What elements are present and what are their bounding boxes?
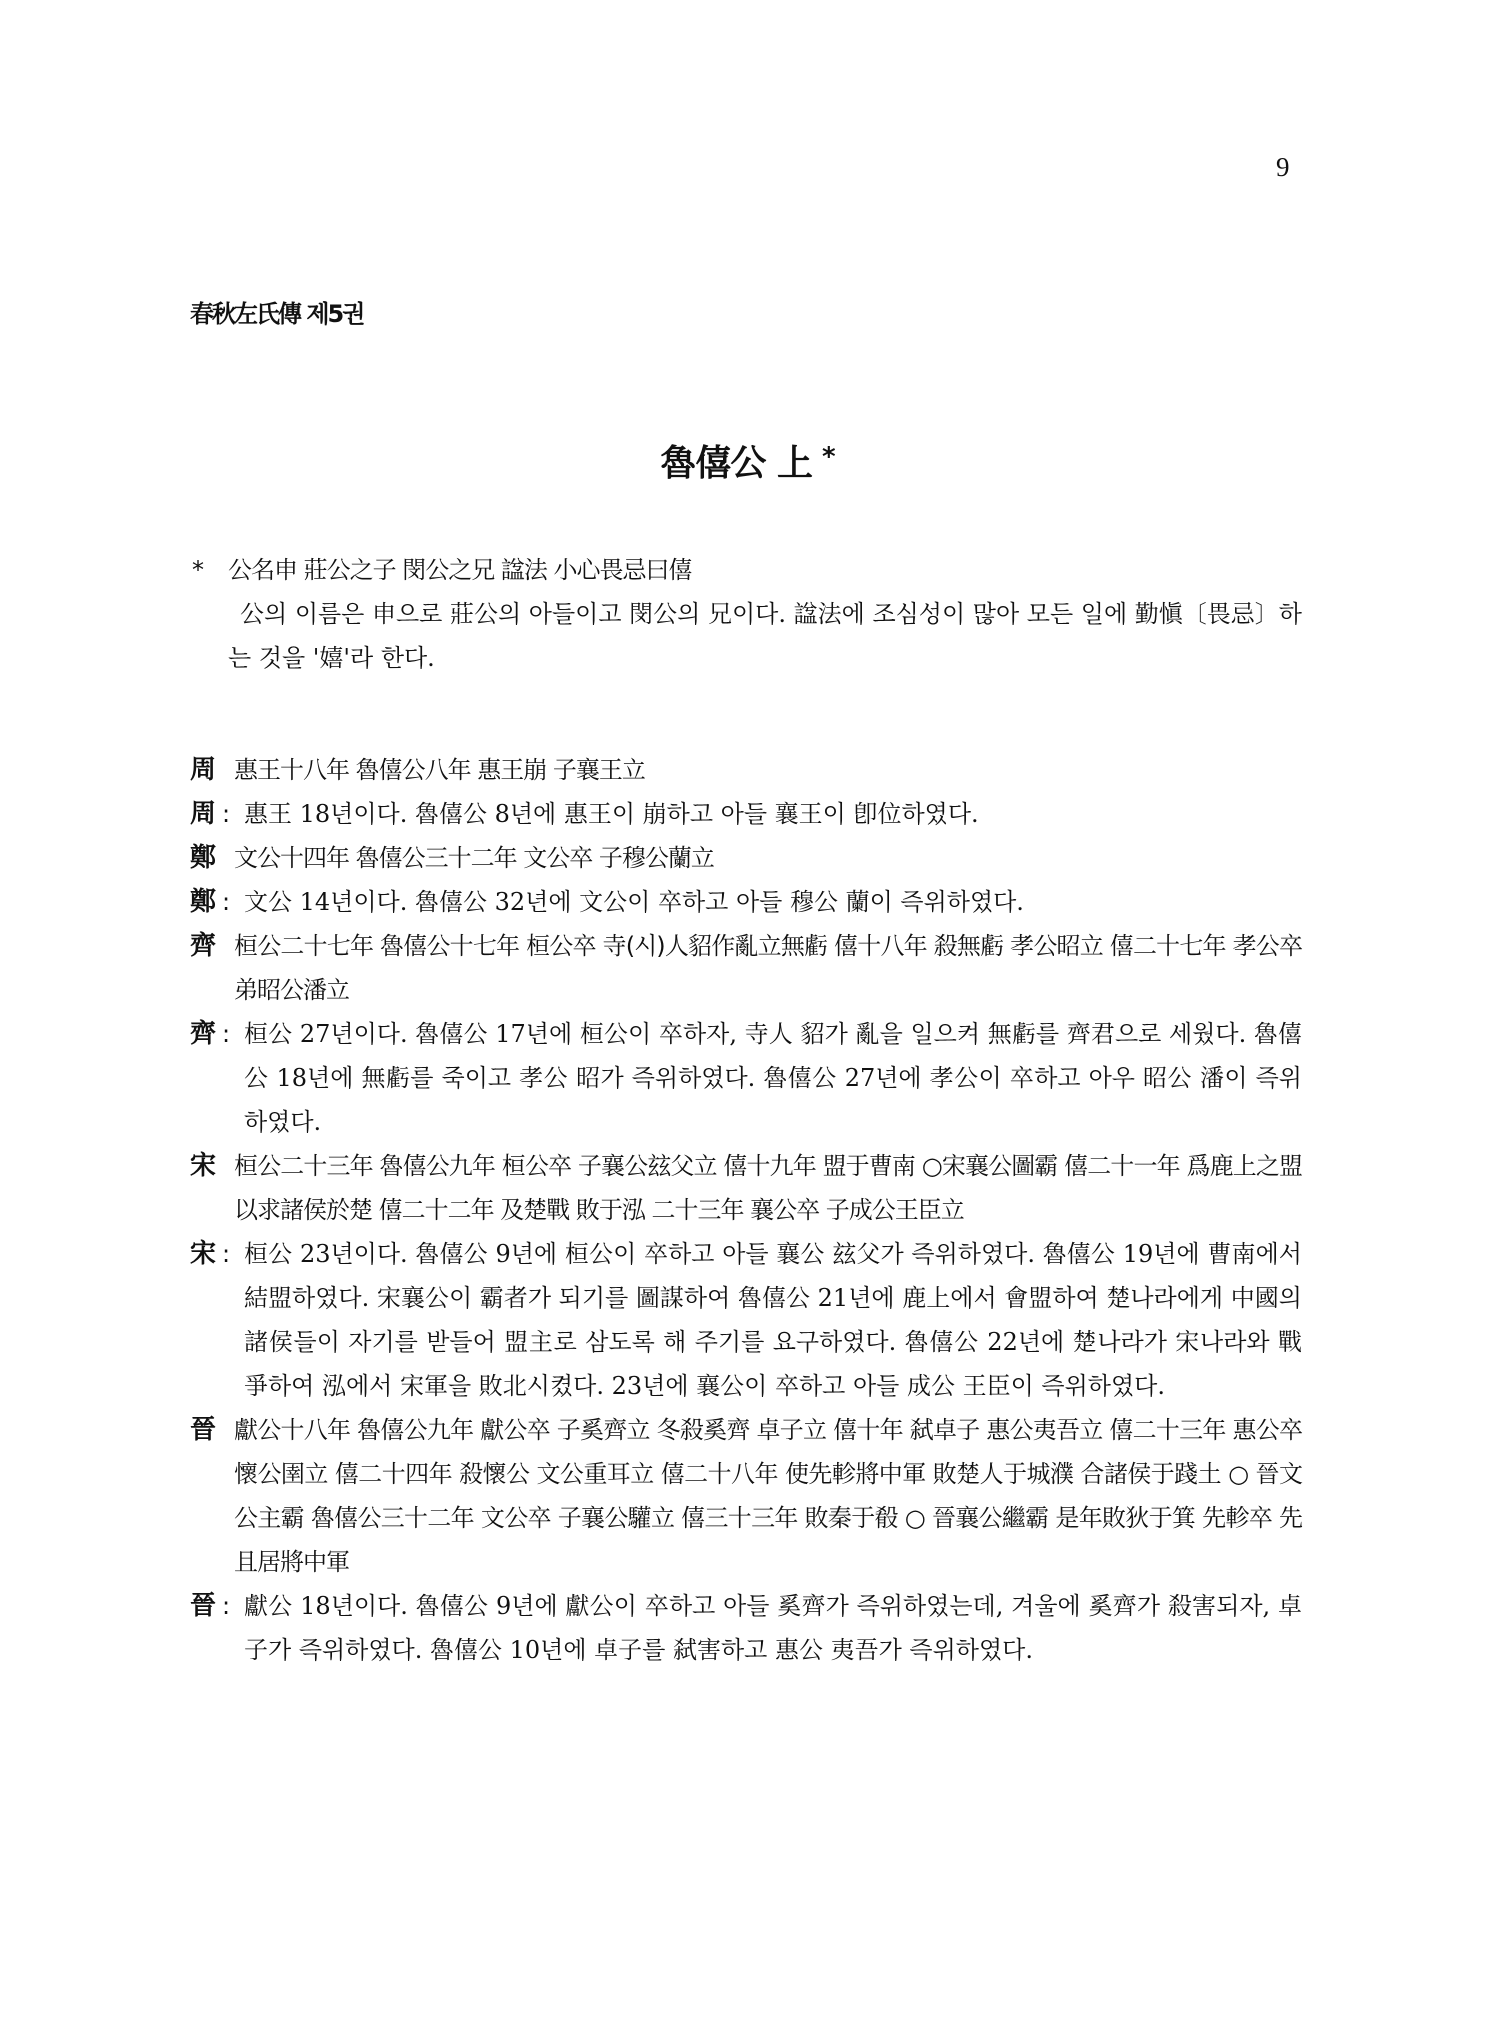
entry-source-text: 獻公十八年 魯僖公九年 獻公卒 子奚齊立 冬殺奚齊 卓子立 僖十年 弑卓子 惠公… [234,1408,1302,1584]
state-label: 齊 [190,1012,222,1144]
entry-translation: 晉 : 獻公 18년이다. 魯僖公 9년에 獻公이 卒하고 아들 奚齊가 즉위하… [190,1584,1302,1672]
entry-zhou: 周 惠王十八年 魯僖公八年 惠王崩 子襄王立 周 : 惠王 18년이다. 魯僖公… [190,748,1302,836]
entry-translation: 鄭 : 文公 14년이다. 魯僖公 32년에 文公이 卒하고 아들 穆公 蘭이 … [190,880,1302,924]
entry-song: 宋 桓公二十三年 魯僖公九年 桓公卒 子襄公玆父立 僖十九年 盟于曹南 ○宋襄公… [190,1144,1302,1408]
state-label: 齊 [190,924,234,1012]
chapter-title: 魯僖公 上* [0,435,1495,486]
footnote-marker: * [822,442,835,472]
state-label: 晉 [190,1408,234,1584]
separator: : [222,1584,244,1672]
entry-source: 鄭 文公十四年 魯僖公三十二年 文公卒 子穆公蘭立 [190,836,1302,880]
chapter-title-text: 魯僖公 上 [660,443,812,484]
separator: : [222,1012,244,1144]
state-label: 周 [190,792,222,836]
entry-zheng: 鄭 文公十四年 魯僖公三十二年 文公卒 子穆公蘭立 鄭 : 文公 14년이다. … [190,836,1302,924]
entry-translation-text: 獻公 18년이다. 魯僖公 9년에 獻公이 卒하고 아들 奚齊가 즉위하였는데,… [244,1584,1302,1672]
state-entries: 周 惠王十八年 魯僖公八年 惠王崩 子襄王立 周 : 惠王 18년이다. 魯僖公… [190,748,1302,1672]
running-header: 春秋左氏傳 제5권 [190,294,363,329]
entry-translation: 齊 : 桓公 27년이다. 魯僖公 17년에 桓公이 卒하자, 寺人 貂가 亂을… [190,1012,1302,1144]
entry-source: 晉 獻公十八年 魯僖公九年 獻公卒 子奚齊立 冬殺奚齊 卓子立 僖十年 弑卓子 … [190,1408,1302,1584]
note-marker: * [192,548,228,592]
entry-source-text: 文公十四年 魯僖公三十二年 文公卒 子穆公蘭立 [234,836,1302,880]
separator: : [222,1232,244,1408]
note-source: 公名申 莊公之子 閔公之兄 諡法 小心畏忌曰僖 [228,556,692,584]
page-number: 9 [1276,152,1290,183]
title-note: *公名申 莊公之子 閔公之兄 諡法 小心畏忌曰僖 公의 이름은 申으로 莊公의 … [192,548,1302,680]
entry-source: 周 惠王十八年 魯僖公八年 惠王崩 子襄王立 [190,748,1302,792]
state-label: 周 [190,748,234,792]
entry-jin: 晉 獻公十八年 魯僖公九年 獻公卒 子奚齊立 冬殺奚齊 卓子立 僖十年 弑卓子 … [190,1408,1302,1672]
entry-source-text: 惠王十八年 魯僖公八年 惠王崩 子襄王立 [234,748,1302,792]
entry-source-text: 桓公二十七年 魯僖公十七年 桓公卒 寺(시)人貂作亂立無虧 僖十八年 殺無虧 孝… [234,924,1302,1012]
separator: : [222,880,244,924]
state-label: 宋 [190,1232,222,1408]
entry-translation-text: 惠王 18년이다. 魯僖公 8년에 惠王이 崩하고 아들 襄王이 卽位하였다. [244,792,1302,836]
state-label: 鄭 [190,880,222,924]
entry-translation-text: 桓公 27년이다. 魯僖公 17년에 桓公이 卒하자, 寺人 貂가 亂을 일으켜… [244,1012,1302,1144]
state-label: 晉 [190,1584,222,1672]
entry-source: 齊 桓公二十七年 魯僖公十七年 桓公卒 寺(시)人貂作亂立無虧 僖十八年 殺無虧… [190,924,1302,1012]
entry-source: 宋 桓公二十三年 魯僖公九年 桓公卒 子襄公玆父立 僖十九年 盟于曹南 ○宋襄公… [190,1144,1302,1232]
entry-translation-text: 文公 14년이다. 魯僖公 32년에 文公이 卒하고 아들 穆公 蘭이 즉위하였… [244,880,1302,924]
state-label: 鄭 [190,836,234,880]
note-source-line: *公名申 莊公之子 閔公之兄 諡法 小心畏忌曰僖 [192,548,1302,592]
separator: : [222,792,244,836]
note-translation: 公의 이름은 申으로 莊公의 아들이고 閔公의 兄이다. 諡法에 조심성이 많아… [192,592,1302,680]
entry-qi: 齊 桓公二十七年 魯僖公十七年 桓公卒 寺(시)人貂作亂立無虧 僖十八年 殺無虧… [190,924,1302,1144]
entry-translation-text: 桓公 23년이다. 魯僖公 9년에 桓公이 卒하고 아들 襄公 玆父가 즉위하였… [244,1232,1302,1408]
entry-translation: 周 : 惠王 18년이다. 魯僖公 8년에 惠王이 崩하고 아들 襄王이 卽位하… [190,792,1302,836]
state-label: 宋 [190,1144,234,1232]
entry-source-text: 桓公二十三年 魯僖公九年 桓公卒 子襄公玆父立 僖十九年 盟于曹南 ○宋襄公圖霸… [234,1144,1302,1232]
entry-translation: 宋 : 桓公 23년이다. 魯僖公 9년에 桓公이 卒하고 아들 襄公 玆父가 … [190,1232,1302,1408]
